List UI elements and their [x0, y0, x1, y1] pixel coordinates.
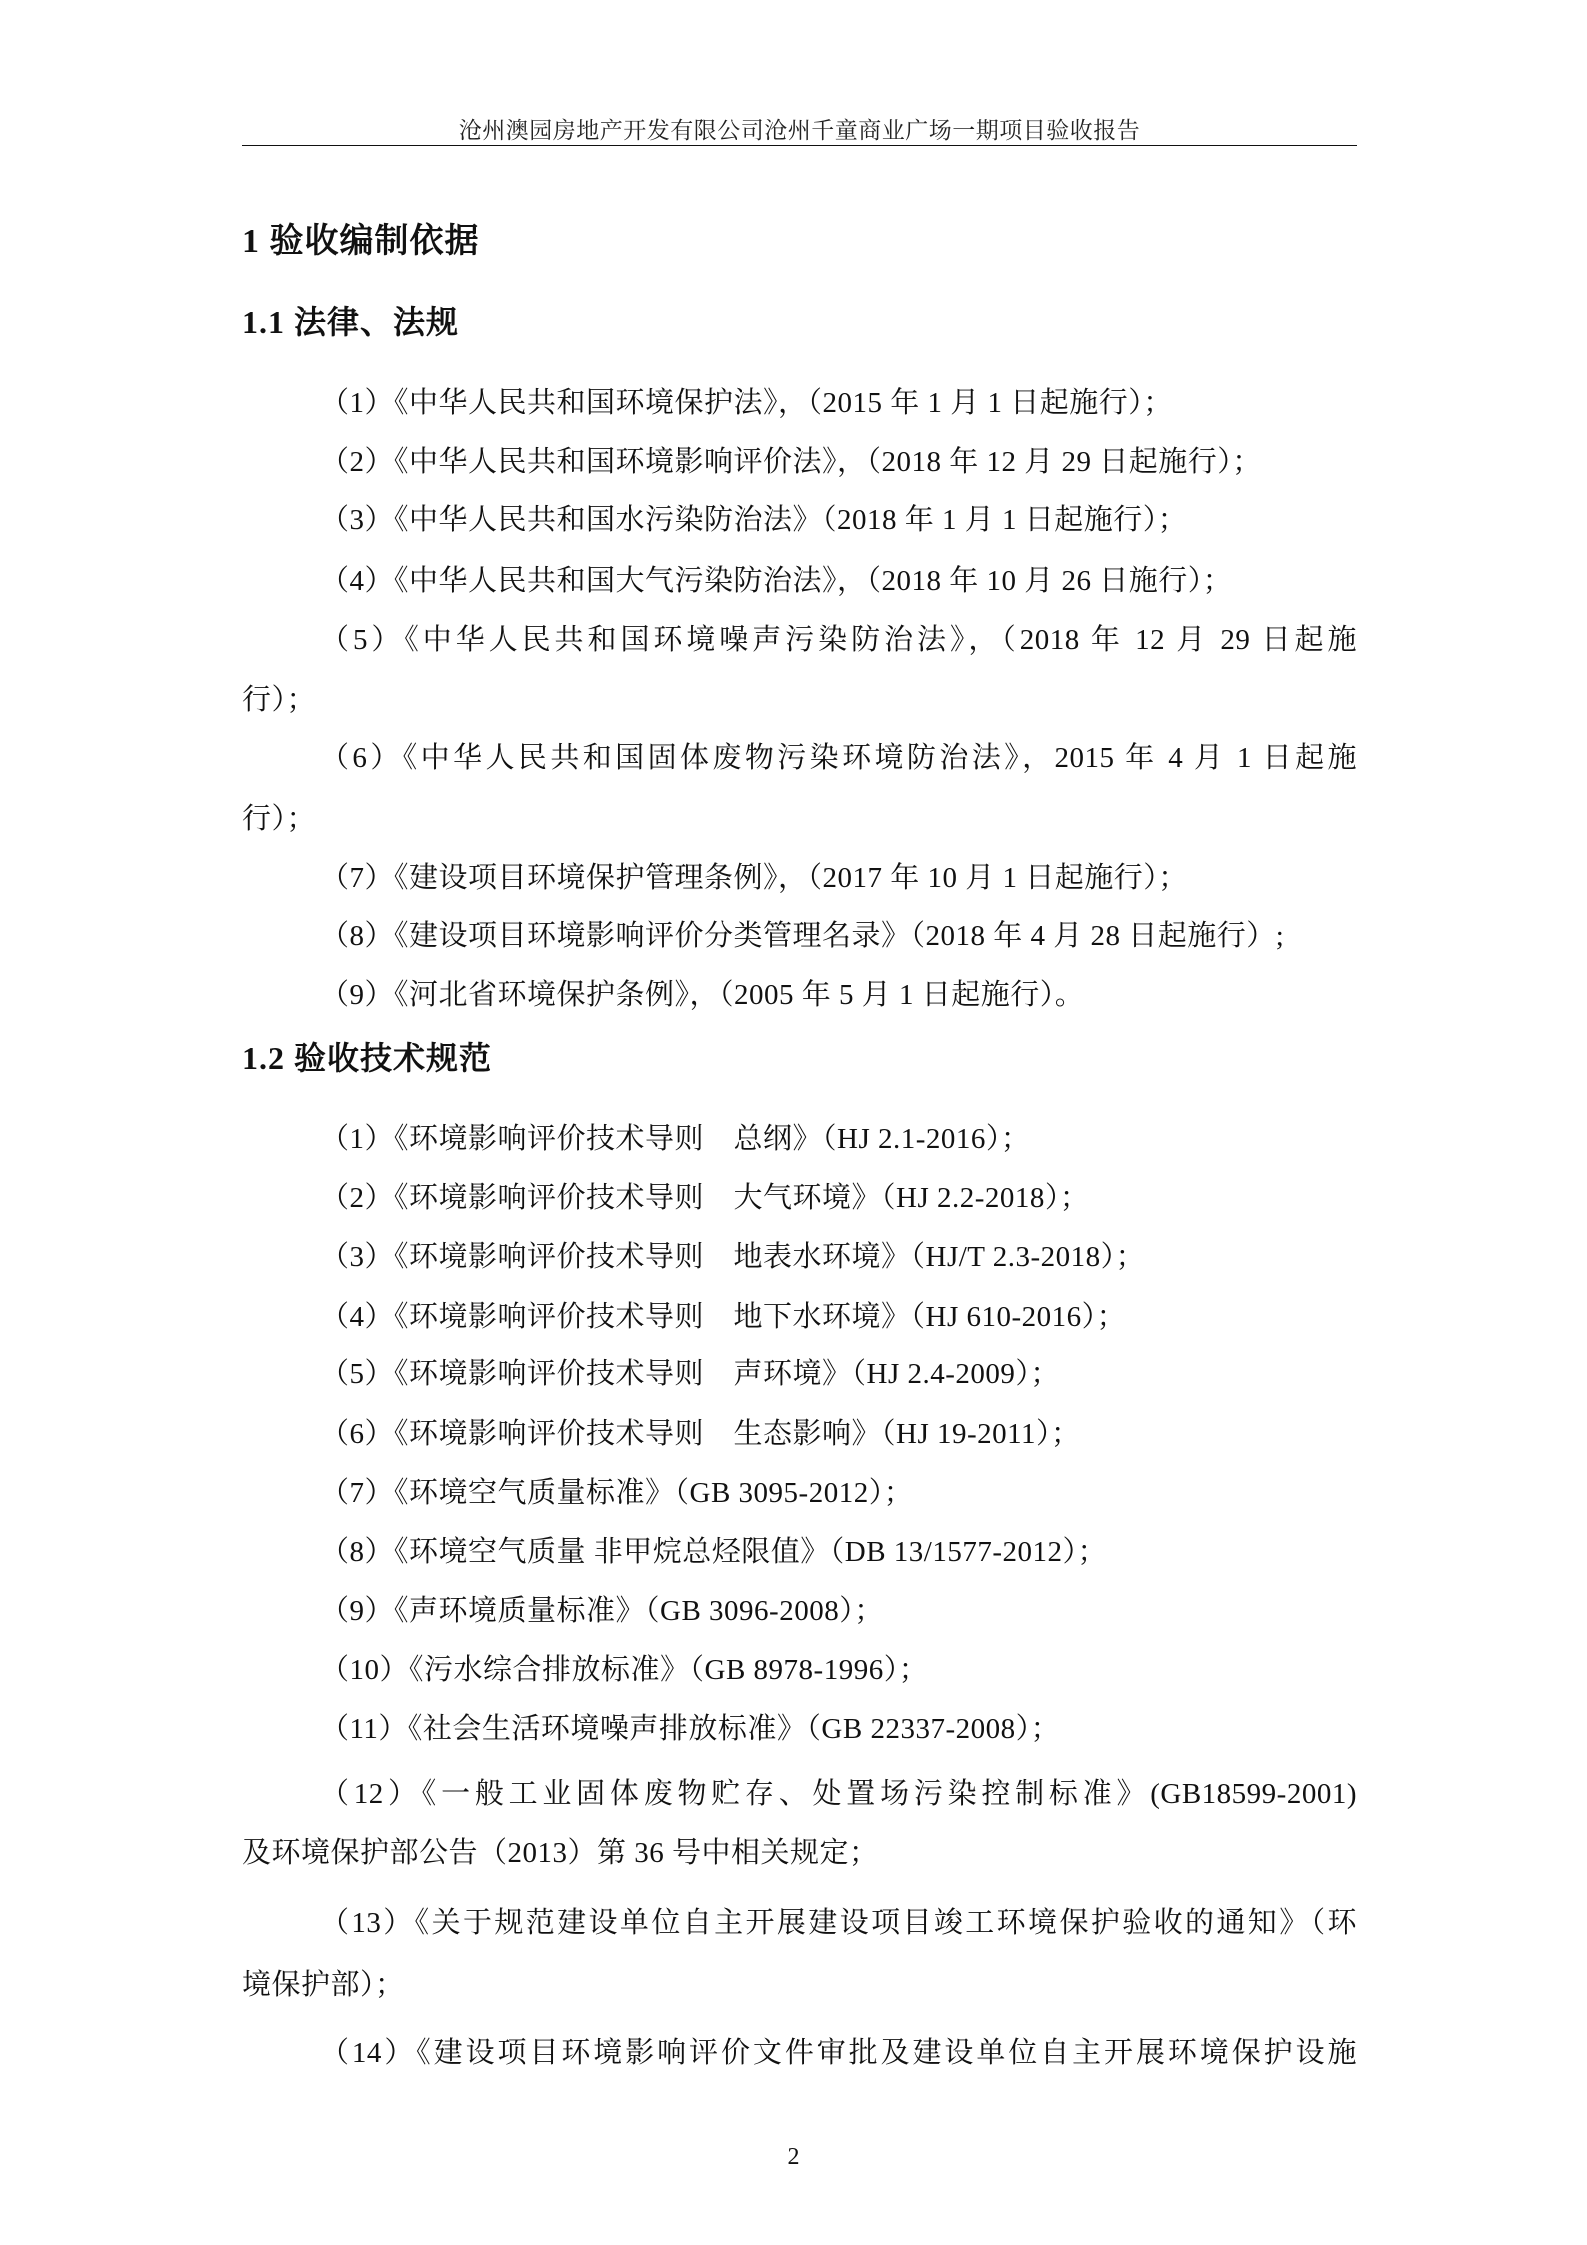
- list-item: （12）《一般工业固体废物贮存、处置场污染控制标准》(GB18599-2001): [320, 1771, 1357, 1812]
- list-item: （1）《环境影响评价技术导则 总纲》（HJ 2.1-2016）；: [320, 1116, 1030, 1157]
- list-item: （13）《关于规范建设单位自主开展建设项目竣工环境保护验收的通知》（环: [320, 1900, 1357, 1941]
- list-item: （7）《环境空气质量标准》（GB 3095-2012）；: [320, 1470, 913, 1511]
- list-item: （5）《中华人民共和国环境噪声污染防治法》，（2018 年 12 月 29 日起…: [320, 617, 1357, 658]
- list-item: （2）《环境影响评价技术导则 大气环境》（HJ 2.2-2018）；: [320, 1175, 1089, 1216]
- list-item: （8）《环境空气质量 非甲烷总烃限值》（DB 13/1577-2012）；: [320, 1529, 1107, 1570]
- list-item: （7）《建设项目环境保护管理条例》，（2017 年 10 月 1 日起施行）；: [320, 855, 1188, 896]
- list-item: （10）《污水综合排放标准》（GB 8978-1996）；: [320, 1647, 928, 1688]
- header-rule: [242, 145, 1357, 146]
- list-item: （3）《环境影响评价技术导则 地表水环境》（HJ/T 2.3-2018）；: [320, 1234, 1145, 1275]
- heading-section-1-1: 1.1 法律、法规: [242, 297, 459, 343]
- list-item: （1）《中华人民共和国环境保护法》，（2015 年 1 月 1 日起施行）；: [320, 380, 1173, 421]
- list-item: （4）《环境影响评价技术导则 地下水环境》（HJ 610-2016）；: [320, 1294, 1126, 1335]
- list-item-continuation: 行）；: [242, 677, 316, 718]
- list-item: （5）《环境影响评价技术导则 声环境》（HJ 2.4-2009）；: [320, 1351, 1060, 1392]
- list-item: （3）《中华人民共和国水污染防治法》（2018 年 1 月 1 日起施行）；: [320, 497, 1187, 538]
- page-number: 2: [0, 2144, 1587, 2171]
- heading-section-1: 1 验收编制依据: [242, 213, 480, 262]
- list-item: （11）《社会生活环境噪声排放标准》（GB 22337-2008）；: [320, 1706, 1060, 1747]
- list-item: （8）《建设项目环境影响评价分类管理名录》（2018 年 4 月 28 日起施行…: [320, 913, 1284, 954]
- list-item: （6）《中华人民共和国固体废物污染环境防治法》，2015 年 4 月 1 日起施: [320, 735, 1357, 776]
- list-item-continuation: 行）；: [242, 796, 316, 837]
- running-header-title: 沧州澳园房地产开发有限公司沧州千童商业广场一期项目验收报告: [242, 112, 1357, 145]
- heading-section-1-2: 1.2 验收技术规范: [242, 1033, 492, 1079]
- list-item: （6）《环境影响评价技术导则 生态影响》（HJ 19-2011）；: [320, 1411, 1081, 1452]
- list-item: （4）《中华人民共和国大气污染防治法》，（2018 年 10 月 26 日施行）…: [320, 558, 1232, 599]
- list-item-continuation: 及环境保护部公告（2013）第 36 号中相关规定；: [242, 1830, 879, 1871]
- list-item: （9）《河北省环境保护条例》，（2005 年 5 月 1 日起施行）。: [320, 972, 1084, 1013]
- list-item: （14）《建设项目环境影响评价文件审批及建设单位自主开展环境保护设施: [320, 2030, 1357, 2071]
- list-item: （2）《中华人民共和国环境影响评价法》，（2018 年 12 月 29 日起施行…: [320, 439, 1262, 480]
- list-item: （9）《声环境质量标准》（GB 3096-2008）；: [320, 1588, 884, 1629]
- list-item-continuation: 境保护部）；: [242, 1962, 405, 2003]
